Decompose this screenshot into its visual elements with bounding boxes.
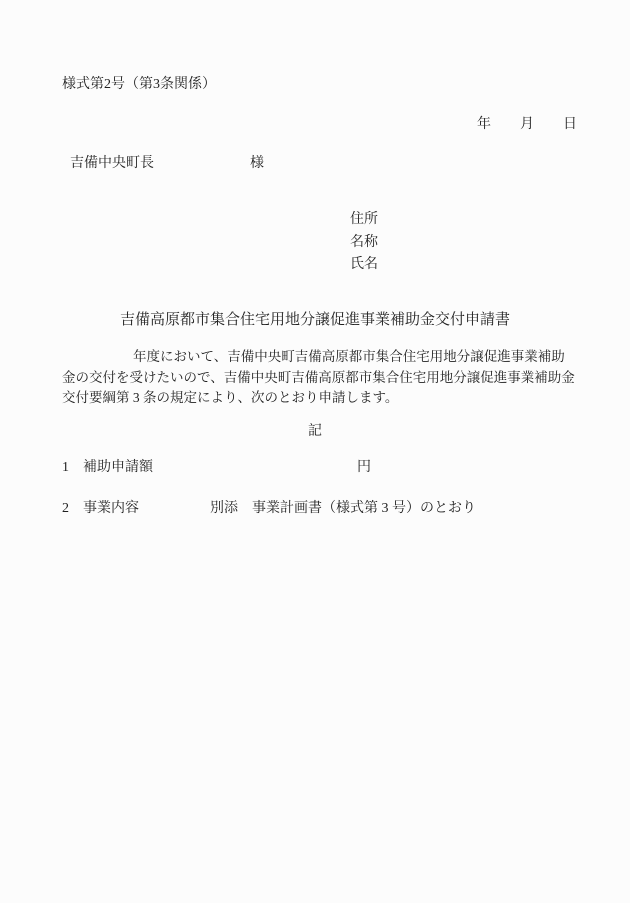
item-2-value: 別添 事業計画書（様式第 3 号）のとおり (210, 502, 476, 516)
date-day-label: 日 (563, 118, 577, 132)
date-month-label: 月 (520, 118, 534, 132)
body-line-2: 金の交付を受けたいので、吉備中央町吉備高原都市集合住宅用地分譲促進事業補助金 (62, 368, 574, 389)
body-paragraph: 年度において、吉備中央町吉備高原都市集合住宅用地分譲促進事業補助 金の交付を受け… (62, 347, 574, 409)
application-form-page: 様式第2号（第3条関係） 年 月 日 吉備中央町長 様 住所 名称 氏名 吉備高… (0, 0, 630, 903)
item-2-number: 2 (62, 502, 69, 516)
item-1-label: 補助申請額 (83, 461, 153, 475)
form-number-label: 様式第2号（第3条関係） (62, 78, 216, 92)
body-line-1: 年度において、吉備中央町吉備高原都市集合住宅用地分譲促進事業補助 (62, 347, 574, 368)
applicant-organization-label: 名称 (350, 236, 378, 250)
applicant-name-label: 氏名 (350, 258, 378, 272)
date-year-label: 年 (477, 118, 491, 132)
item-2-label: 事業内容 (83, 502, 139, 516)
applicant-address-label: 住所 (350, 213, 378, 227)
document-title: 吉備高原都市集合住宅用地分譲促進事業補助金交付申請書 (0, 313, 630, 328)
addressee-name: 吉備中央町長 (70, 157, 154, 171)
body-line-3: 交付要綱第 3 条の規定により、次のとおり申請します。 (62, 388, 574, 409)
addressee-honorific: 様 (250, 157, 264, 171)
date-line: 年 月 日 (477, 118, 577, 132)
record-heading: 記 (0, 425, 630, 439)
item-1-number: 1 (62, 461, 69, 475)
item-1-amount-unit: 円 (357, 461, 371, 475)
